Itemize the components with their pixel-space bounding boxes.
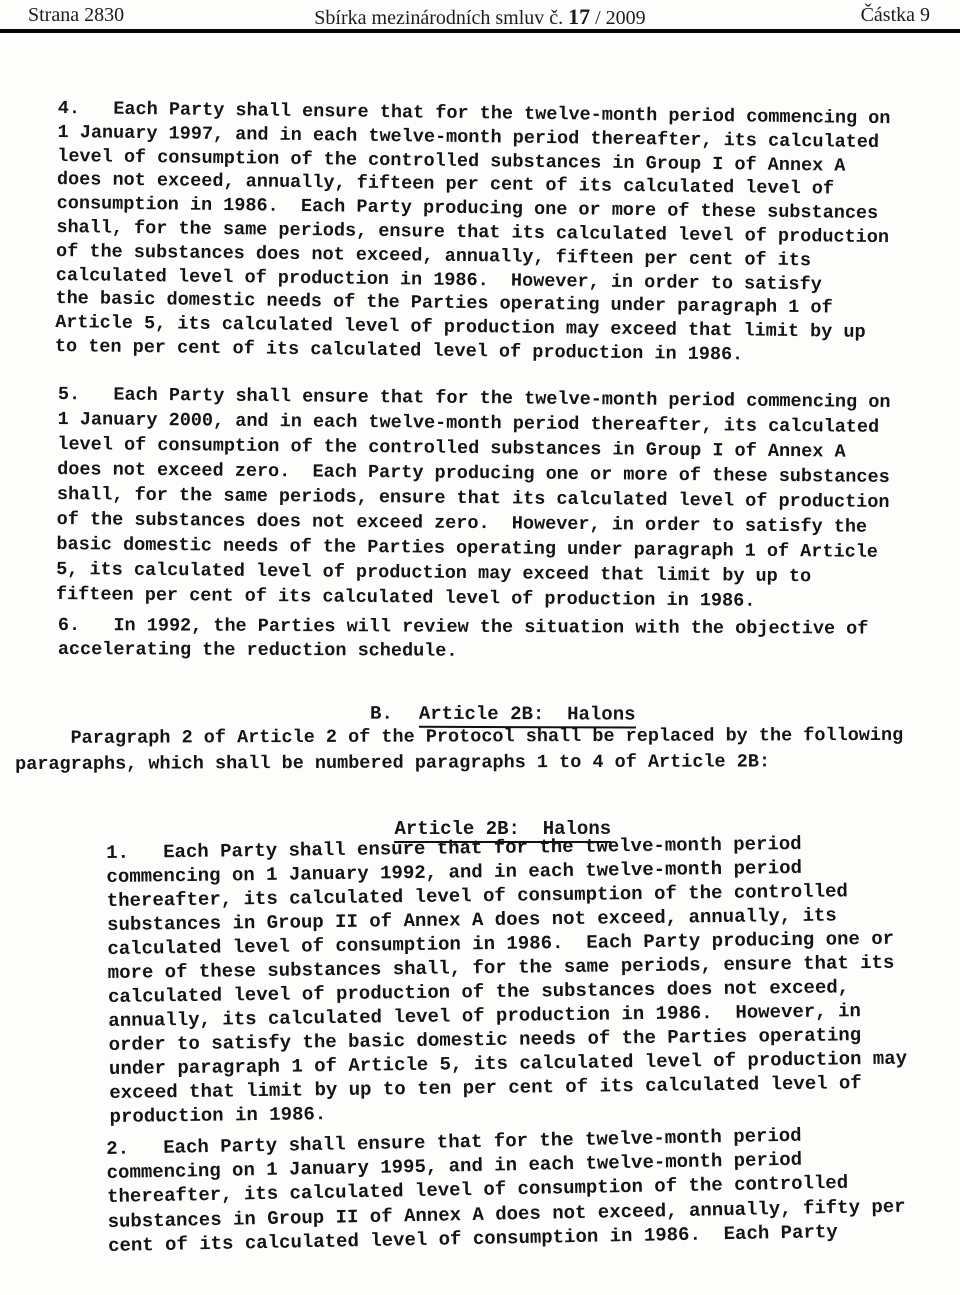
paragraph-6: 6. In 1992, the Parties will review the … [58, 614, 869, 666]
issue-label: Částka 9 [861, 4, 930, 27]
journal-title: Sbírka mezinárodních smluv č. 17 / 2009 [0, 4, 960, 30]
paragraph-5: 5. Each Party shall ensure that for the … [56, 382, 891, 615]
amendment-intro-paragraph: Paragraph 2 of Article 2 of the Protocol… [15, 723, 903, 777]
scanned-treaty-page: Strana 2830 Sbírka mezinárodních smluv č… [0, 0, 960, 1295]
header-rule [0, 29, 960, 33]
journal-title-suffix: / 2009 [590, 7, 646, 29]
journal-issue-number: 17 [568, 4, 590, 29]
page-header: Strana 2830 Sbírka mezinárodních smluv č… [0, 4, 960, 28]
paragraph-1: 1. Each Party shall ensure that for the … [106, 831, 908, 1129]
paragraph-2: 2. Each Party shall ensure that for the … [106, 1122, 906, 1258]
paragraph-4: 4. Each Party shall ensure that for the … [55, 97, 891, 369]
journal-title-prefix: Sbírka mezinárodních smluv č. [314, 7, 568, 29]
section-b-letter: B. [370, 703, 393, 725]
